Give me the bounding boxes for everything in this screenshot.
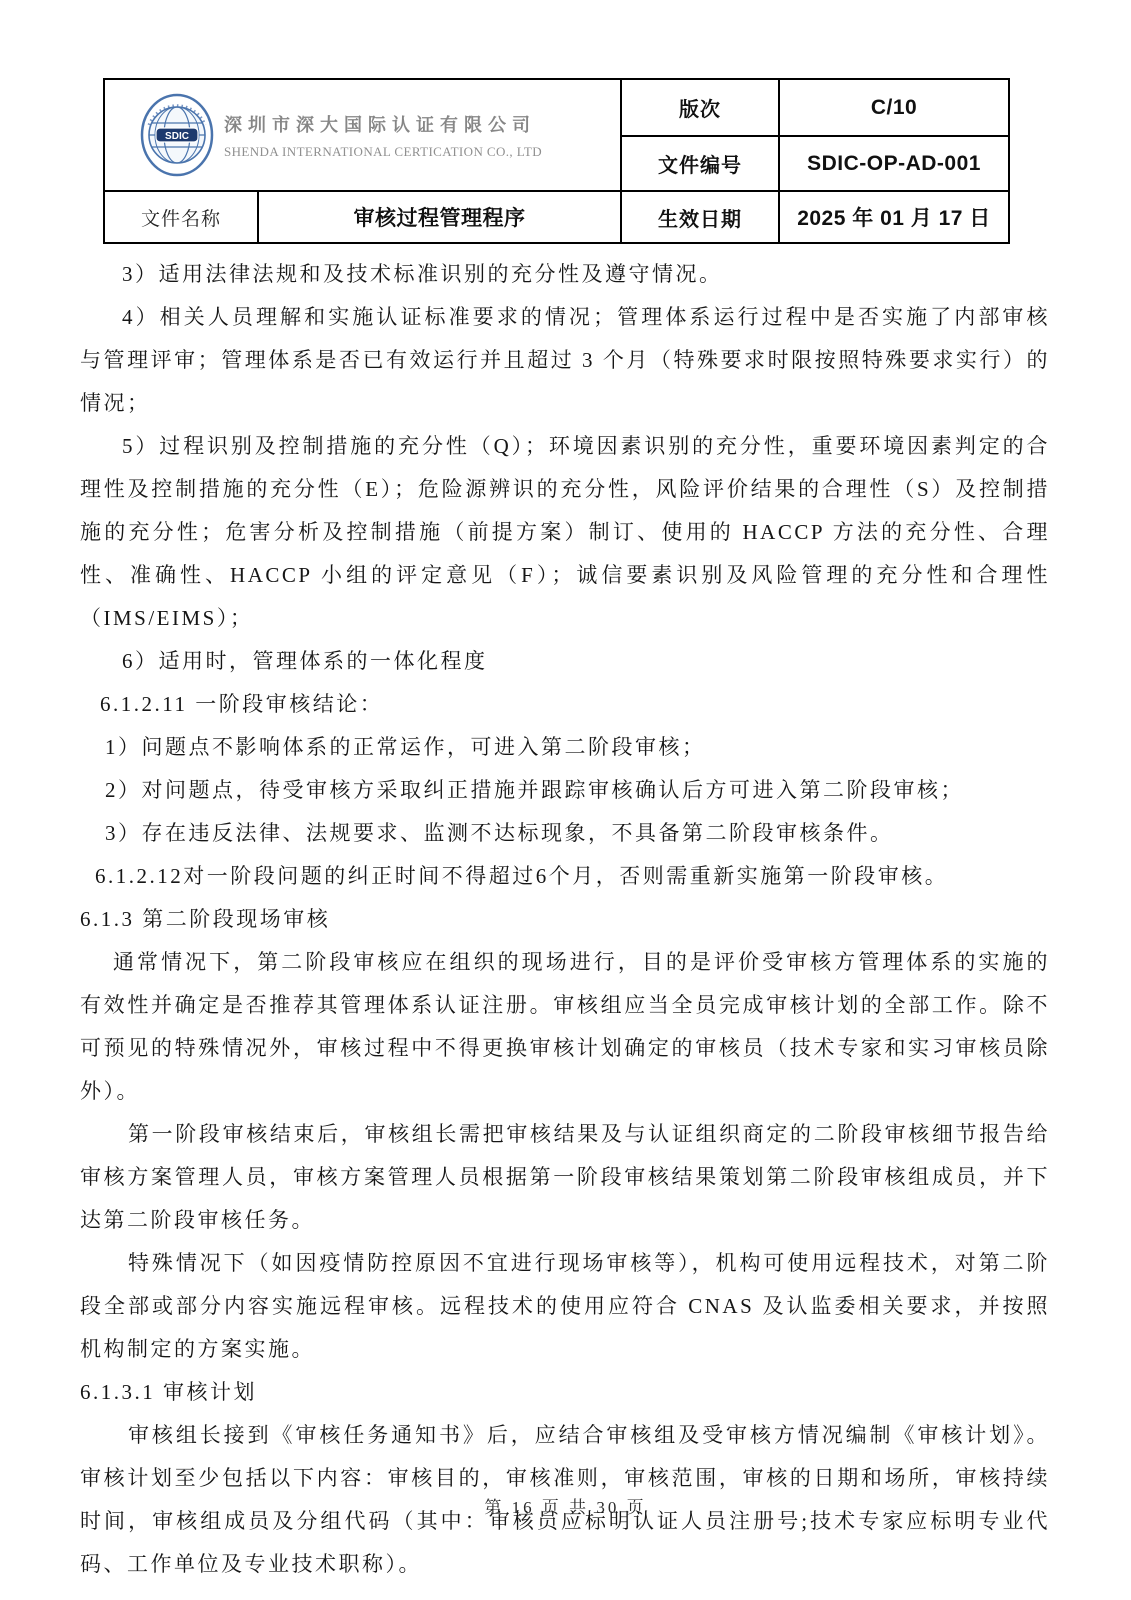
para-stage1-report: 第一阶段审核结束后，审核组长需把审核结果及与认证组织商定的二阶段审核细节报告给审…	[80, 1113, 1050, 1242]
heading-6-1-2-11: 6.1.2.11 一阶段审核结论：	[80, 683, 1050, 726]
company-name-cn: 深圳市深大国际认证有限公司	[224, 111, 542, 137]
sdic-badge-label: SDIC	[165, 131, 189, 142]
doc-name-label: 文件名称	[104, 191, 258, 243]
doc-number-value: SDIC-OP-AD-001	[779, 136, 1009, 191]
company-name-en: SHENDA INTERNATIONAL CERTICATION CO., LT…	[224, 144, 542, 160]
para-item4: 4）相关人员理解和实施认证标准要求的情况；管理体系运行过程中是否实施了内部审核与…	[80, 296, 1050, 425]
para-item6: 6）适用时，管理体系的一体化程度	[80, 640, 1050, 683]
effective-date-value: 2025 年 01 月 17 日	[779, 191, 1009, 243]
header-table: SDIC 深圳市深大国际认证有限公司 SHENDA INTERNATIONAL …	[103, 78, 1010, 244]
para-conclusion-2: 2）对问题点，待受审核方采取纠正措施并跟踪审核确认后方可进入第二阶段审核；	[80, 769, 1050, 812]
version-label: 版次	[621, 79, 779, 136]
heading-6-1-3: 6.1.3 第二阶段现场审核	[80, 898, 1050, 941]
effective-date-label: 生效日期	[621, 191, 779, 243]
company-globe-icon: SDIC	[139, 92, 215, 178]
heading-6-1-3-1: 6.1.3.1 审核计划	[80, 1371, 1050, 1414]
page-footer: 第 16 页 共 30 页	[0, 1493, 1131, 1518]
heading-6-1-2-12: 6.1.2.12对一阶段问题的纠正时间不得超过6个月，否则需重新实施第一阶段审核…	[80, 855, 1050, 898]
version-value: C/10	[779, 79, 1009, 136]
para-item5: 5）过程识别及控制措施的充分性（Q）；环境因素识别的充分性，重要环境因素判定的合…	[80, 425, 1050, 640]
doc-name-value: 审核过程管理程序	[258, 191, 621, 243]
para-conclusion-3: 3）存在违反法律、法规要求、监测不达标现象，不具备第二阶段审核条件。	[80, 812, 1050, 855]
para-remote-audit: 特殊情况下（如因疫情防控原因不宜进行现场审核等），机构可使用远程技术，对第二阶段…	[80, 1242, 1050, 1371]
doc-number-label: 文件编号	[621, 136, 779, 191]
company-logo-cell: SDIC 深圳市深大国际认证有限公司 SHENDA INTERNATIONAL …	[104, 79, 621, 191]
para-conclusion-1: 1）问题点不影响体系的正常运作，可进入第二阶段审核；	[80, 726, 1050, 769]
document-body: 3）适用法律法规和及技术标准识别的充分性及遵守情况。4）相关人员理解和实施认证标…	[80, 253, 1050, 1586]
para-stage2-onsite: 通常情况下，第二阶段审核应在组织的现场进行，目的是评价受审核方管理体系的实施的有…	[80, 941, 1050, 1113]
document-page: SDIC 深圳市深大国际认证有限公司 SHENDA INTERNATIONAL …	[0, 0, 1131, 1600]
page-number: 第 16 页 共 30 页	[484, 1498, 646, 1517]
para-item3: 3）适用法律法规和及技术标准识别的充分性及遵守情况。	[80, 253, 1050, 296]
